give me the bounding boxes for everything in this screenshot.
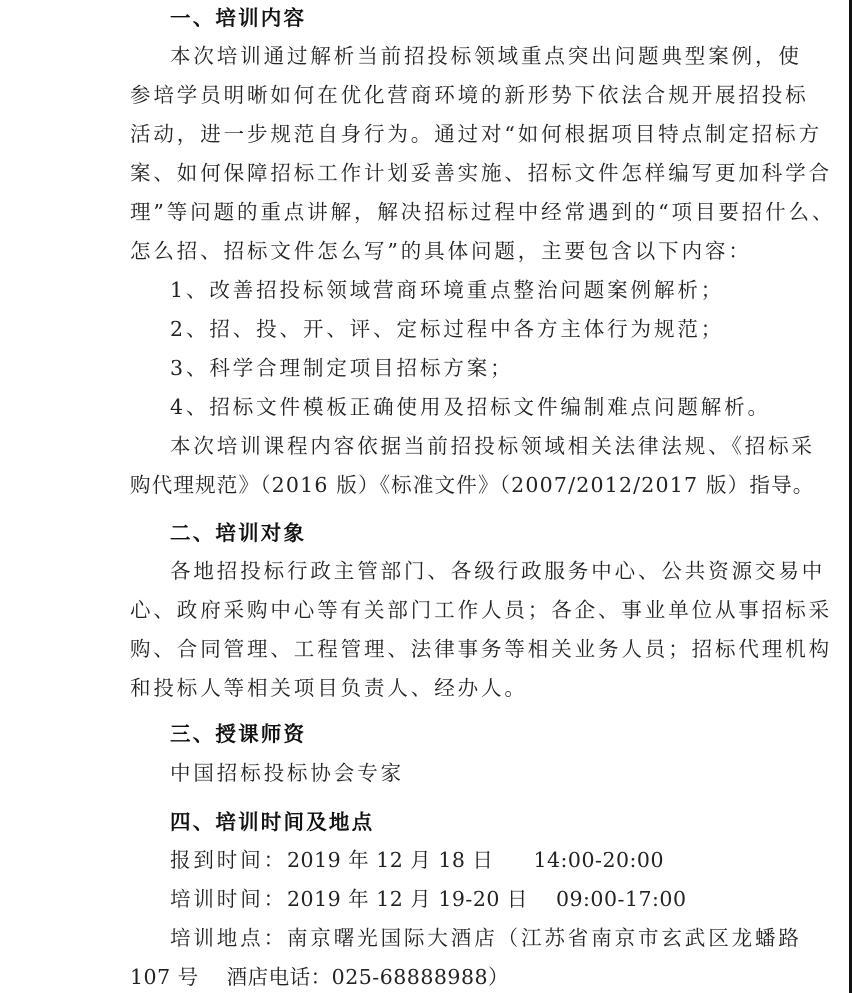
list-item: 3、科学合理制定项目招标方案； — [170, 355, 760, 381]
training-date: 2019 年 12 月 19-20 日 — [287, 887, 528, 911]
checkin-date: 2019 年 12 月 18 日 — [287, 848, 493, 872]
checkin-label: 报到时间： — [170, 848, 287, 872]
paragraph-line: 购、合同管理、工程管理、法律事务等相关业务人员；招标代理机构 — [130, 636, 720, 662]
list-item: 4、招标文件模板正确使用及招标文件编制难点问题解析。 — [170, 394, 760, 420]
paragraph-line: 购代理规范》（2016 版）《标准文件》（2007/2012/2017 版）指导… — [130, 472, 720, 498]
hotel-phone: 酒店电话：025-68888988） — [227, 965, 509, 989]
schedule-location-continued: 107 号酒店电话：025-68888988） — [130, 964, 720, 990]
paragraph-line: 心、政府采购中心等有关部门工作人员；各企、事业单位从事招标采 — [130, 597, 720, 623]
paragraph-line: 怎么招、招标文件怎么写”的具体问题，主要包含以下内容： — [130, 238, 720, 264]
training-time: 09:00-17:00 — [556, 887, 687, 911]
location-address-number: 107 号 — [130, 965, 199, 989]
section-heading-training-content: 一、培训内容 — [170, 5, 760, 31]
paragraph-line: 参培学员明晰如何在优化营商环境的新形势下依法合规开展招投标 — [130, 82, 720, 108]
section-heading-training-audience: 二、培训对象 — [170, 520, 760, 546]
section-heading-instructors: 三、授课师资 — [170, 721, 760, 747]
paragraph-line: 中国招标投标协会专家 — [170, 760, 760, 786]
paragraph-line: 本次培训课程内容依据当前招投标领域相关法律法规、《招标采 — [170, 433, 760, 459]
paragraph-line: 和投标人等相关项目负责人、经办人。 — [130, 675, 720, 701]
schedule-location: 培训地点：南京曙光国际大酒店（江苏省南京市玄武区龙蟠路 — [170, 925, 760, 951]
paragraph-line: 理”等问题的重点讲解，解决招标过程中经常遇到的“项目要招什么、 — [130, 199, 720, 225]
schedule-training: 培训时间：2019 年 12 月 19-20 日09:00-17:00 — [170, 886, 760, 912]
paragraph-line: 本次培训通过解析当前招投标领域重点突出问题典型案例，使 — [170, 43, 760, 69]
document-page: 一、培训内容 本次培训通过解析当前招投标领域重点突出问题典型案例，使 参培学员明… — [0, 0, 849, 993]
checkin-time: 14:00-20:00 — [533, 848, 664, 872]
list-item: 2、招、投、开、评、定标过程中各方主体行为规范； — [170, 316, 760, 342]
paragraph-line: 各地招投标行政主管部门、各级行政服务中心、公共资源交易中 — [170, 558, 760, 584]
paragraph-line: 案、如何保障招标工作计划妥善实施、招标文件怎样编写更加科学合 — [130, 160, 720, 186]
schedule-checkin: 报到时间：2019 年 12 月 18 日14:00-20:00 — [170, 847, 760, 873]
training-label: 培训时间： — [170, 887, 287, 911]
list-item: 1、改善招投标领域营商环境重点整治问题案例解析； — [170, 277, 760, 303]
paragraph-line: 活动，进一步规范自身行为。通过对“如何根据项目特点制定招标方 — [130, 121, 720, 147]
section-heading-time-location: 四、培训时间及地点 — [170, 809, 760, 835]
